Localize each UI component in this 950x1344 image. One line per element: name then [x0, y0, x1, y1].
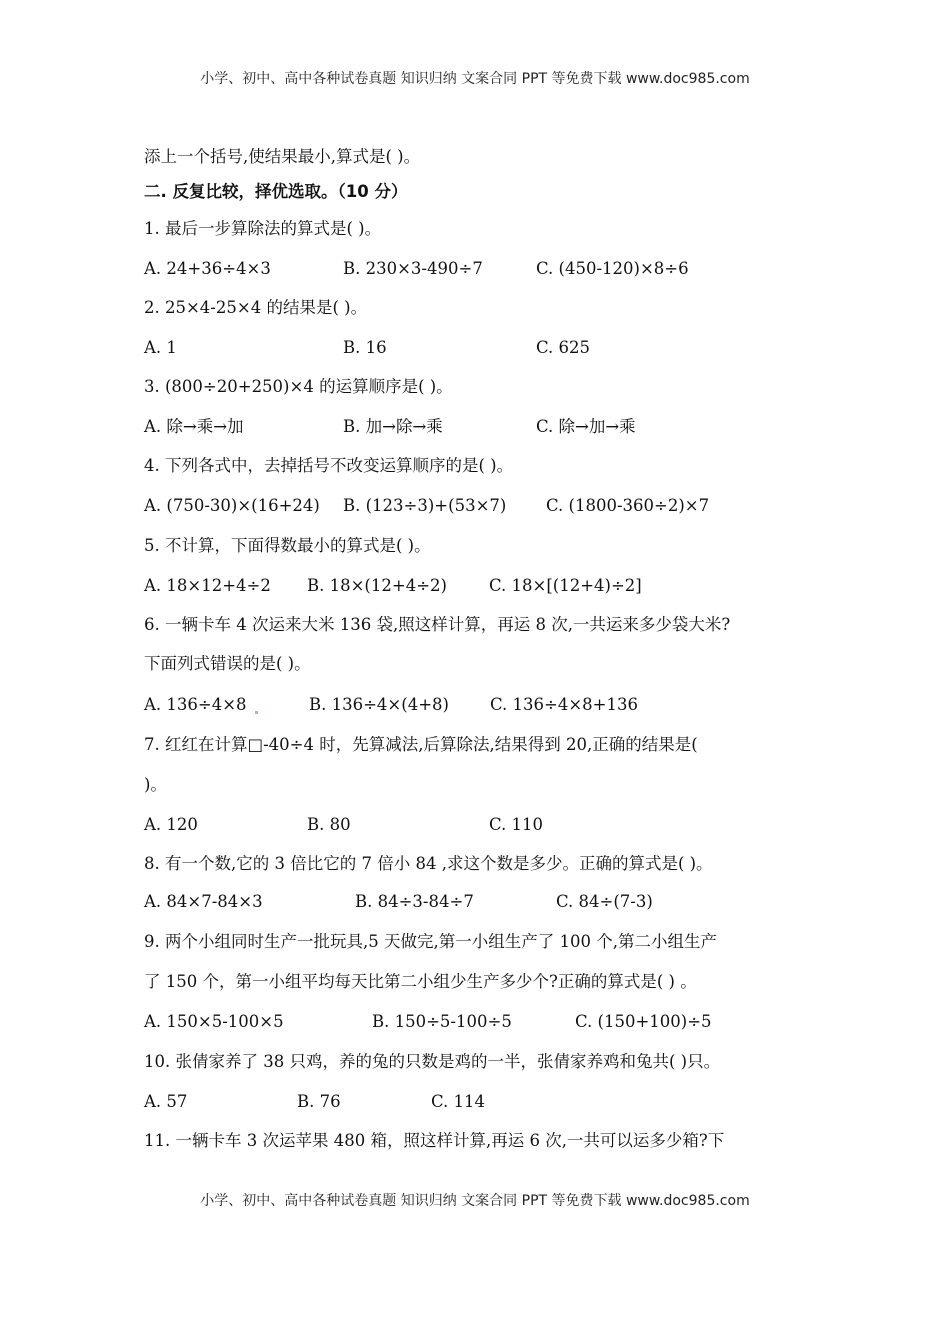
q2-option-b: B. 16 — [343, 336, 387, 360]
question-11: 11. 一辆卡车 3 次运苹果 480 箱，照这样计算,再运 6 次,一共可以运… — [144, 1129, 724, 1153]
q5-option-b: B. 18×(12+4÷2) — [307, 574, 447, 598]
question-4: 4. 下列各式中，去掉括号不改变运算顺序的是( )。 — [144, 454, 513, 478]
question-7-line-1: 7. 红红在计算□-40÷4 时，先算减法,后算除法,结果得到 20,正确的结果… — [144, 733, 698, 757]
q6-option-c: C. 136÷4×8+136 — [490, 693, 638, 717]
q2-option-c: C. 625 — [536, 336, 590, 360]
q6-option-b: B. 136÷4×(4+8) — [309, 693, 449, 717]
q7-option-c: C. 110 — [489, 813, 543, 837]
q1-option-c: C. (450-120)×8÷6 — [536, 257, 689, 281]
q10-option-b: B. 76 — [297, 1090, 341, 1114]
q8-option-c: C. 84÷(7-3) — [556, 890, 653, 914]
question-3: 3. (800÷20+250)×4 的运算顺序是( )。 — [144, 375, 453, 399]
q2-option-a: A. 1 — [144, 336, 177, 360]
question-9-line-1: 9. 两个小组同时生产一批玩具,5 天做完,第一小组生产了 100 个,第二小组… — [144, 930, 717, 954]
question-8: 8. 有一个数,它的 3 倍比它的 7 倍小 84 ,求这个数是多少。正确的算式… — [144, 852, 713, 876]
q10-option-a: A. 57 — [144, 1090, 187, 1114]
q7-option-a: A. 120 — [144, 813, 198, 837]
q1-option-b: B. 230×3-490÷7 — [343, 257, 483, 281]
q9-option-b: B. 150÷5-100÷5 — [372, 1010, 512, 1034]
q3-option-a: A. 除→乘→加 — [144, 415, 244, 439]
q4-option-a: A. (750-30)×(16+24) — [144, 494, 320, 518]
question-1: 1. 最后一步算除法的算式是( )。 — [144, 217, 381, 241]
carryover-line: 添上一个括号,使结果最小,算式是( )。 — [144, 145, 420, 169]
question-6-line-2: 下面列式错误的是( )。 — [144, 652, 311, 676]
q3-option-b: B. 加→除→乘 — [343, 415, 443, 439]
page-header: 小学、初中、高中各种试卷真题 知识归纳 文案合同 PPT 等免费下载 www.d… — [0, 68, 950, 88]
q5-option-c: C. 18×[(12+4)÷2] — [489, 574, 642, 598]
q8-option-a: A. 84×7-84×3 — [144, 890, 263, 914]
stray-dot-mark — [255, 711, 258, 714]
question-10: 10. 张倩家养了 38 只鸡，养的兔的只数是鸡的一半，张倩家养鸡和兔共( )只… — [144, 1050, 720, 1074]
q7-option-b: B. 80 — [307, 813, 351, 837]
section-title: 二. 反复比较，择优选取。（10 分） — [144, 180, 407, 204]
q4-option-c: C. (1800-360÷2)×7 — [546, 494, 709, 518]
question-7-line-2: )。 — [144, 773, 167, 797]
question-6-line-1: 6. 一辆卡车 4 次运来大米 136 袋,照这样计算，再运 8 次,一共运来多… — [144, 613, 730, 637]
q10-option-c: C. 114 — [431, 1090, 485, 1114]
question-5: 5. 不计算，下面得数最小的算式是( )。 — [144, 534, 431, 558]
q8-option-b: B. 84÷3-84÷7 — [355, 890, 474, 914]
q9-option-a: A. 150×5-100×5 — [144, 1010, 284, 1034]
question-9-line-2: 了 150 个，第一小组平均每天比第二小组少生产多少个?正确的算式是( ) 。 — [144, 970, 697, 994]
page-footer: 小学、初中、高中各种试卷真题 知识归纳 文案合同 PPT 等免费下载 www.d… — [0, 1190, 950, 1210]
question-2: 2. 25×4-25×4 的结果是( )。 — [144, 296, 367, 320]
q6-option-a-text: A. 136÷4×8 — [144, 695, 247, 714]
q9-option-c: C. (150+100)÷5 — [575, 1010, 712, 1034]
q3-option-c: C. 除→加→乘 — [536, 415, 636, 439]
q5-option-a: A. 18×12+4÷2 — [144, 574, 271, 598]
q1-option-a: A. 24+36÷4×3 — [144, 257, 271, 281]
q4-option-b: B. (123÷3)+(53×7) — [343, 494, 506, 518]
q6-option-a: A. 136÷4×8 — [144, 693, 258, 717]
